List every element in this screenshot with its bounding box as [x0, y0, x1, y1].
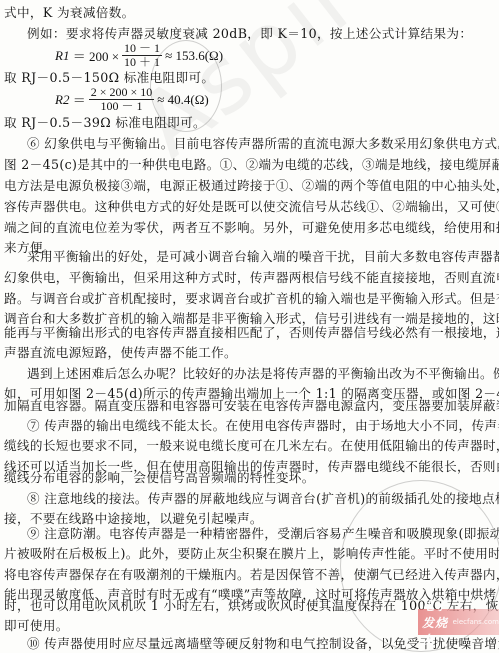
text-line: 声器直流电源短路，使传声器不能工作。	[4, 345, 237, 360]
text-line: 电方法是电源负极接③端，电源正极通过跨接于①、②端的两个等值电阻的中心抽头处，向…	[4, 178, 499, 193]
text-line: 容传声器供电。这种供电方式的好处是既可以使交流信号从芯线①、②端输出，又可使①、…	[4, 199, 499, 214]
text-line: 例如：要求将传声器灵敏度衰减 20dB，即 K＝10，按上述公式计算结果为：	[27, 26, 472, 41]
formula-rhs: ≈ 40.4(Ω)	[157, 92, 208, 108]
text-line: 幻象供电，平衡输出，但采用这种方式时，传声器两根信号线不能直接接地，否则直流电源…	[4, 270, 499, 285]
formula-r1: R1 ＝ 200 × 10 － 1 10 ＋ 1 ≈ 153.6(Ω)	[55, 42, 223, 69]
formula-lhs: R2	[55, 92, 69, 108]
text-line: 调音台和大多数扩音机的输入端都是非平衡输入形式，信号引进线有一端是接地的，这时就…	[4, 311, 499, 326]
text-line: 端之间的直流电位差为零伏，两者互不影响。另外，可避免使用多芯电缆线，给使用和操作…	[4, 220, 499, 235]
text-line: 接，不要在线路中途接地，以避免引起噪声。	[4, 511, 263, 526]
text-line: 缆线的长短也要求不同，一般来说电缆长度可在几米左右。在使用低阻输出的传声器时，电…	[4, 438, 499, 453]
fraction: 2 × 200 × 10 100 － 1	[89, 86, 155, 113]
paragraph-start: ⑨ 注意防潮。电容传声器是一种精密器件，受潮后容易产生噪音和吸膜现象(即振动膜	[27, 526, 499, 541]
text-line: 缆线分布电容的影响，会使信号高音频端的特性变坏。	[4, 470, 315, 485]
paragraph-start: ⑦ 传声器的输出电缆线不能太长。在使用电容传声器时，由于场地大小不同，传声器电	[27, 418, 499, 433]
paragraph-start: 采用平衡输出的好处，是可减小调音台输入端的噪音干扰，目前大多数电容传声器都采用	[27, 249, 499, 264]
formula-rhs: ≈ 153.6(Ω)	[165, 48, 223, 64]
text-line: 加隔直电容器。隔直变压器和电容器可安装在电容传声器电源盒内，变压器要加装屏蔽装置…	[4, 398, 499, 413]
fraction: 10 － 1 10 ＋ 1	[122, 42, 162, 69]
paragraph-start: 遇到上述困难后怎么办呢？比较好的办法是将传声器的平衡输出改为不平衡输出。例	[27, 366, 499, 381]
text-line: 能再与平衡输出形式的电容传声器直接相匹配了，否则传声器信号线必然有一根接地，造成…	[4, 325, 499, 340]
formula-eq: ＝ 200 ×	[73, 46, 119, 65]
numerator: 10 － 1	[122, 42, 162, 56]
watermark-logo-en: elecfans.com	[453, 618, 499, 626]
text-line: 图 2－45(c)是其中的一种供电电路。①、②端为电缆的芯线，③端是地线，接电缆…	[4, 157, 499, 172]
text-line: 取 RJ－0.5－39Ω 标准电阻即可。	[4, 115, 206, 130]
formula-r2: R2 ＝ 2 × 200 × 10 100 － 1 ≈ 40.4(Ω)	[55, 86, 209, 113]
text-line: 取 RJ－0.5－150Ω 标准电阻即可。	[4, 70, 214, 85]
paragraph-start: ⑥ 幻象供电与平衡输出。目前电容传声器所需的直流电源大多数采用幻象供电方式。	[27, 136, 499, 151]
formula-lhs: R1	[55, 48, 69, 64]
text-line: 式中，K 为衰减倍数。	[4, 5, 135, 20]
text-line: 将电容传声器保存在有吸潮剂的干燥瓶内。若是因保管不善，使潮气已经进入传声器内，就…	[4, 567, 499, 582]
text-line: 片被吸附在后极板上)。此外，要防止灰尘积聚在膜片上，影响传声性能。平时不使用时，…	[4, 546, 499, 561]
numerator: 2 × 200 × 10	[89, 86, 155, 100]
text-line: 路。与调音台或扩音机配接时，要求调音台或扩音机的输入端也是平衡输入形式。但是有些	[4, 291, 499, 306]
text-line: 即可使用。	[4, 618, 69, 633]
denominator: 10 ＋ 1	[122, 56, 162, 69]
paragraph-start: ⑧ 注意地线的接法。传声器的屏蔽地线应与调音台(扩音机)的前级插孔处的接地点相	[27, 491, 499, 506]
denominator: 100 － 1	[98, 100, 144, 113]
document-page: Aspire 式中，K 为衰减倍数。 例如：要求将传声器灵敏度衰减 20dB，即…	[0, 0, 499, 653]
watermark-logo-cn: 电子发烧友	[422, 597, 450, 648]
formula-eq: ＝	[73, 90, 86, 109]
elecfans-watermark-logo: 电子发烧友 elecfans.com	[418, 609, 499, 635]
